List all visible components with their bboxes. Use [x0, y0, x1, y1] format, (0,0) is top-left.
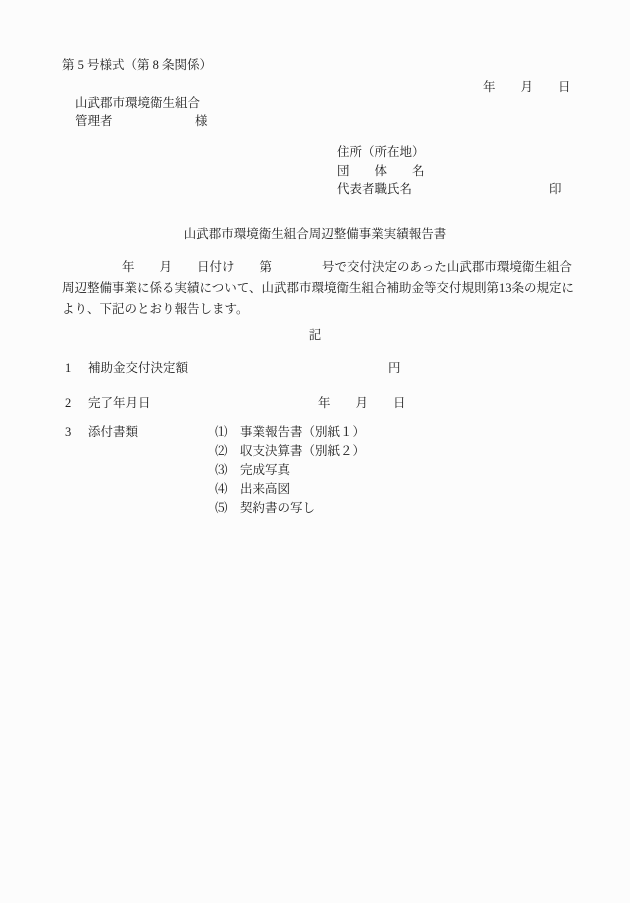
item-2-label: 完了年月日	[88, 396, 151, 410]
item-2-date-line: 年 月 日	[318, 396, 406, 410]
attachment-5-number: ⑸	[215, 501, 228, 515]
attachment-1-label: 事業報告書（別紙１）	[240, 425, 365, 439]
report-form-page: 第 5 号様式（第 8 条関係） 年 月 日 山武郡市環境衛生組合 管理者 様 …	[0, 0, 630, 903]
item-3-number: 3	[65, 425, 71, 439]
body-paragraph: 年 月 日付け 第 号で交付決定のあった山武郡市環境衛生組合 周辺整備事業に係る…	[62, 257, 574, 320]
body-line-1: 年 月 日付け 第 号で交付決定のあった山武郡市環境衛生組合	[62, 257, 574, 278]
header-date-line: 年 月 日	[483, 80, 571, 94]
recipient-title: 管理者	[75, 114, 113, 128]
attachment-4-number: ⑷	[215, 482, 228, 496]
attachment-3-label: 完成写真	[240, 463, 290, 477]
sender-organization-label: 団 体 名	[337, 164, 425, 178]
document-title: 山武郡市環境衛生組合周辺整備事業実績報告書	[0, 227, 630, 241]
item-1-unit: 円	[388, 361, 401, 375]
recipient-honorific: 様	[195, 114, 208, 128]
attachment-3-number: ⑶	[215, 463, 228, 477]
item-1-number: 1	[65, 361, 71, 375]
attachment-2-number: ⑵	[215, 444, 228, 458]
seal-mark: 印	[549, 182, 562, 196]
sender-representative-label: 代表者職氏名	[337, 182, 412, 196]
item-1-label: 補助金交付決定額	[88, 361, 188, 375]
item-3-label: 添付書類	[88, 425, 138, 439]
attachment-2-label: 収支決算書（別紙２）	[240, 444, 365, 458]
attachment-4-label: 出来高図	[240, 482, 290, 496]
sender-address-label: 住所（所在地）	[337, 145, 425, 159]
item-2-number: 2	[65, 396, 71, 410]
form-number: 第 5 号様式（第 8 条関係）	[62, 58, 212, 72]
attachment-5-label: 契約書の写し	[240, 501, 315, 515]
body-line-3: より、下記のとおり報告します。	[62, 299, 574, 320]
attachment-1-number: ⑴	[215, 425, 228, 439]
recipient-organization: 山武郡市環境衛生組合	[75, 96, 200, 110]
body-line-2: 周辺整備事業に係る実績について、山武郡市環境衛生組合補助金等交付規則第13条の規…	[62, 278, 574, 299]
record-marker: 記	[0, 328, 630, 342]
